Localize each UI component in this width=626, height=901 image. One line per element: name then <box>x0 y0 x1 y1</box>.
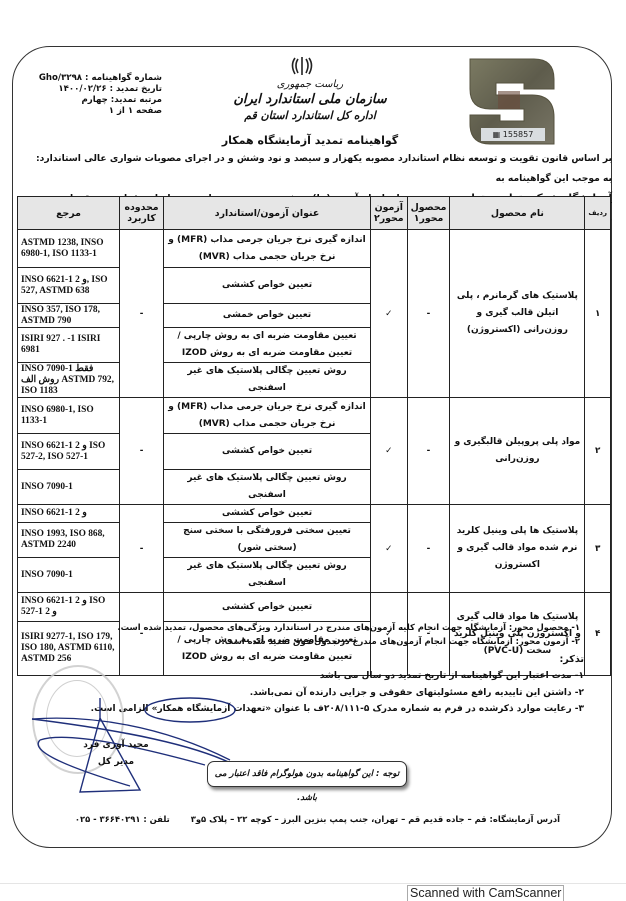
signatory: مجید آوری فرد مدیر کل <box>66 737 166 771</box>
reference: INSO 6980-1, ISO 1133-1 <box>18 398 120 434</box>
org-line-provincial: اداره کل استاندارد استان قم <box>205 108 415 123</box>
intro-line-1: بر اساس قانون تقویت و توسعه نظام استاندا… <box>24 149 612 189</box>
barcode-icon: ▦ <box>493 130 503 139</box>
page-number: صفحه ۱ از ۱ <box>52 106 162 117</box>
organization-header: ریاست جمهوری سازمان ملی استاندارد ایران … <box>205 78 415 123</box>
hologram-serial-number: 155857 <box>503 130 534 139</box>
phone-number: تلفن : ۳۶۶۴۰۲۹۱ - ۰۲۵ <box>75 814 170 824</box>
row-number: ۳ <box>585 505 611 593</box>
test-title: روش تعیین چگالی پلاستیک های غیر اسفنجی <box>164 558 371 593</box>
reference: INSO 6621-1 و 2 ISO 527-2, ISO 527-1 <box>18 434 120 470</box>
reference: INSO 357, ISO 178, ASTMD 790 <box>18 304 120 328</box>
col-header-scope: محدوده کاربرد <box>120 197 164 230</box>
product-based-mark: - <box>407 398 450 505</box>
camscanner-watermark: Scanned with CamScanner <box>407 885 564 901</box>
table-row: ۳ پلاستیک ها پلی وینیل کلرید نرم شده موا… <box>18 505 611 523</box>
table-header-row: ردیف نام محصول محصول محور۱ آزمون محور۲ ع… <box>18 197 611 230</box>
col-header-ref: مرجع <box>18 197 120 230</box>
col-header-name: نام محصول <box>450 197 585 230</box>
test-title: اندازه گیری نرخ جریان جرمی مذاب (MFR) و … <box>164 398 371 434</box>
product-based-mark: - <box>407 230 450 398</box>
signatory-name: مجید آوری فرد <box>66 737 166 754</box>
col-header-num: ردیف <box>585 197 611 230</box>
scope-value: - <box>120 398 164 505</box>
reference: INSO 7090-1 فقط روش الف ASTMD 792, ISO 1… <box>18 363 120 398</box>
test-title: تعیین سختی فرورفتگی با سختی سنج (سختی شو… <box>164 523 371 558</box>
product-based-mark: - <box>407 505 450 593</box>
col-header-test-based: آزمون محور۲ <box>371 197 408 230</box>
scope-value: - <box>120 505 164 593</box>
col-header-product-based: محصول محور۱ <box>407 197 450 230</box>
document-title: گواهینامه تمدید آزمایشگاه همکار <box>170 134 450 147</box>
test-title: تعیین خواص کششی <box>164 505 371 523</box>
lab-address: آدرس آزمایشگاه: قم – جاده قدیم قم – تهرا… <box>90 814 560 824</box>
reference: INSO 6621-1 و 2 <box>18 505 120 523</box>
reference: INSO 7090-1 <box>18 470 120 505</box>
test-based-check-icon: ✓ <box>371 505 408 593</box>
signatory-position: مدیر کل <box>66 754 166 771</box>
test-title: روش تعیین چگالی پلاستیک های غیر اسفنجی <box>164 470 371 505</box>
test-title: تعیین خواص کششی <box>164 434 371 470</box>
reference: INSO 1993, ISO 868, ASTMD 2240 <box>18 523 120 558</box>
row-number: ۱ <box>585 230 611 398</box>
hologram-serial: ▦ 155857 <box>481 128 545 141</box>
product-name: مواد پلی پروپیلن قالبگیری و روزن‌رانی <box>450 398 585 505</box>
test-title: تعیین خواص کششی <box>164 268 371 304</box>
test-based-check-icon: ✓ <box>371 230 408 398</box>
hologram-warning: توجه : این گواهینامه بدون هولوگرام فاقد … <box>207 761 407 787</box>
test-title: تعیین مقاومت ضربه ای به روش چارپی / تعیی… <box>164 328 371 363</box>
renewal-rank: مرتبه تمدید: چهارم <box>52 95 162 106</box>
table-row: ۱ پلاستیک های گرمانرم ، پلی اتیلن قالب گ… <box>18 230 611 268</box>
test-title: تعیین خواص خمشی <box>164 304 371 328</box>
product-name: پلاستیک های گرمانرم ، پلی اتیلن قالب گیر… <box>450 230 585 398</box>
certificate-number: شماره گواهینامه : Gho/۳۲۹۸ <box>52 73 162 84</box>
test-title: روش تعیین چگالی پلاستیک های غیر اسفنجی <box>164 363 371 398</box>
product-name: پلاستیک ها پلی وینیل کلرید نرم شده مواد … <box>450 505 585 593</box>
test-title: تعیین خواص کششی <box>164 593 371 622</box>
footnote: ۲- آزمون محور: آزمایشگاه جهت انجام آزمون… <box>24 634 584 648</box>
test-based-check-icon: ✓ <box>371 398 408 505</box>
renewal-date: تاریخ تمدید : ۱۴۰۰/۰۲/۲۶ <box>52 84 162 95</box>
row-number: ۲ <box>585 398 611 505</box>
footnote: ۱- محصول محور: آزمایشگاه جهت انجام کلیه … <box>24 620 584 634</box>
tests-table: ردیف نام محصول محصول محور۱ آزمون محور۲ ع… <box>17 196 611 676</box>
certificate-meta: شماره گواهینامه : Gho/۳۲۹۸ تاریخ تمدید :… <box>52 73 162 117</box>
row-number: ۴ <box>585 593 611 676</box>
table-row: ۴ پلاستیک ها مواد قالب گیری و اکستروژن پ… <box>18 593 611 622</box>
org-line-national: سازمان ملی استاندارد ایران <box>205 91 415 108</box>
reference: INSO 7090-1 <box>18 558 120 593</box>
reference: INSO 6621-1 و 2, ISO 527, ASTMD 638 <box>18 268 120 304</box>
reference: INSO 6621-1 و 2 ISO 527-1 و 2 <box>18 593 120 622</box>
col-header-test: عنوان آزمون/استاندارد <box>164 197 371 230</box>
reference: ISIRI 927 . -1 ISIRI 6981 <box>18 328 120 363</box>
reminders-title: تذکر: <box>24 652 584 668</box>
org-line-presidency: ریاست جمهوری <box>205 78 415 91</box>
scope-value: - <box>120 230 164 398</box>
iran-emblem-icon <box>289 55 315 77</box>
test-title: اندازه گیری نرخ جریان جرمی مذاب (MFR) و … <box>164 230 371 268</box>
address-text: آدرس آزمایشگاه: قم – جاده قدیم قم – تهرا… <box>191 814 560 824</box>
footer-divider <box>0 883 626 884</box>
table-row: ۲ مواد پلی پروپیلن قالبگیری و روزن‌رانی … <box>18 398 611 434</box>
reference: ASTMD 1238, INSO 6980-1, ISO 1133-1 <box>18 230 120 268</box>
